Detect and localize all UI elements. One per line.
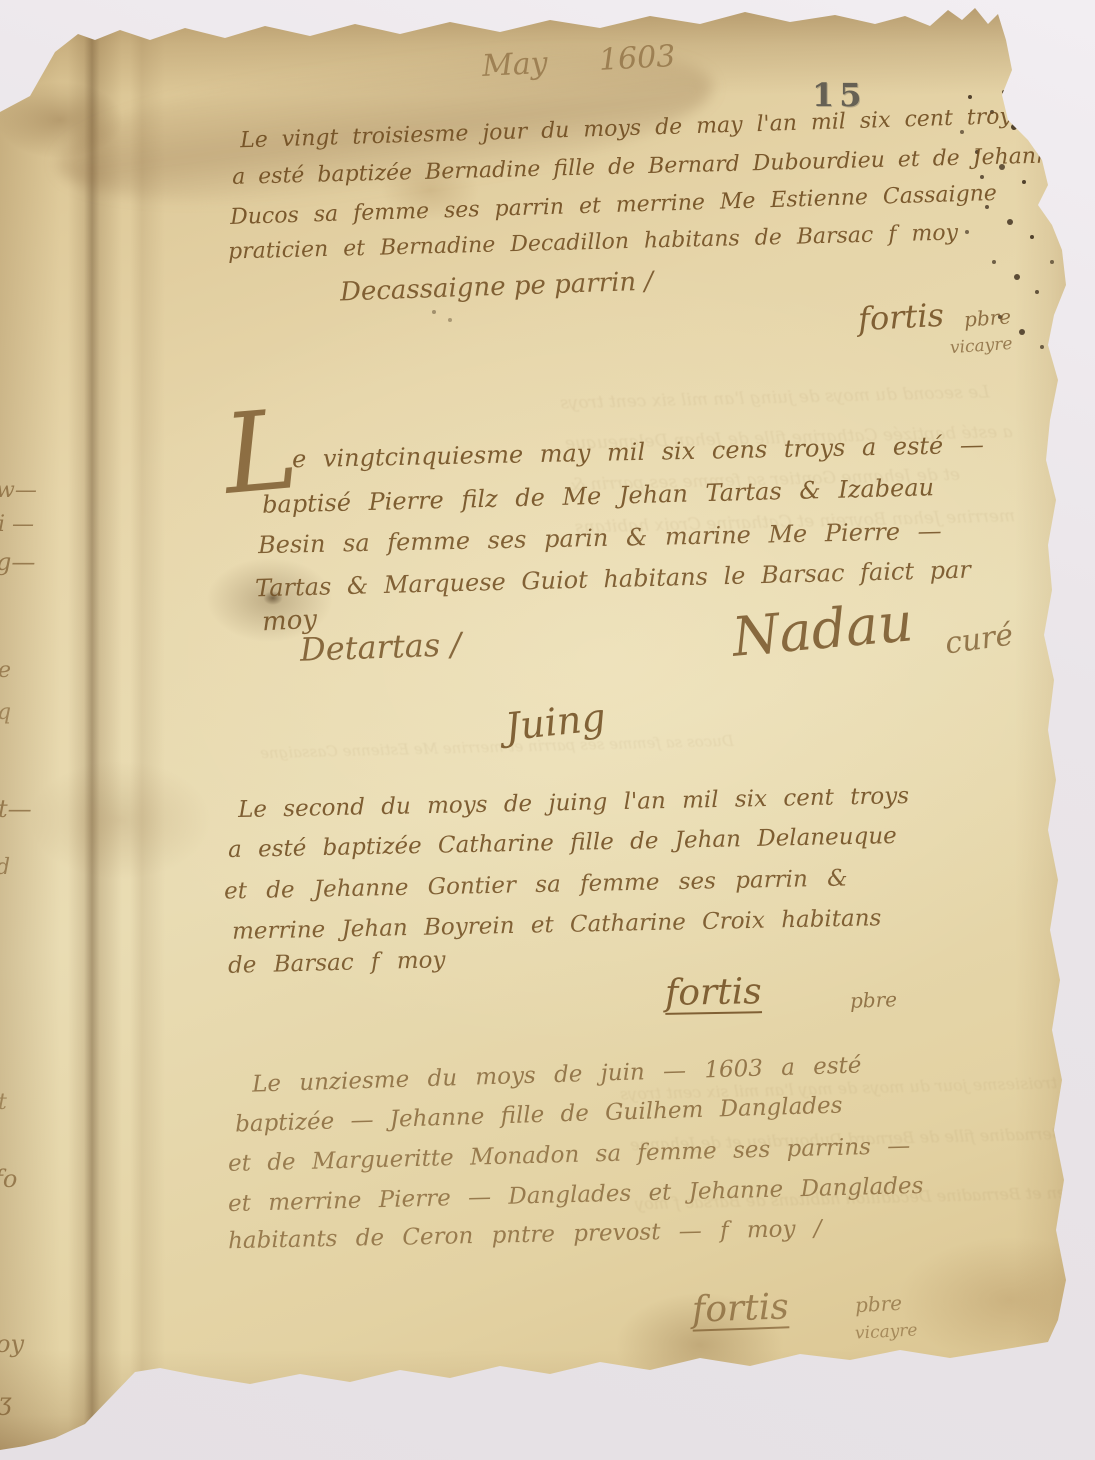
entry-line: habitants de Ceron pntre prevost — f moy… — [228, 1216, 822, 1254]
margin-fragment: t— — [0, 795, 32, 823]
photo-of-register-page: May 1603 15 Le second du moys de juing l… — [0, 0, 1095, 1460]
entry-line: merrine Jehan Boyrein et Catharine Croix… — [232, 905, 882, 945]
signature-fortis: fortis — [691, 1286, 789, 1330]
manuscript-paper: May 1603 15 Le second du moys de juing l… — [0, 0, 1095, 1460]
entry-line: de Barsac f moy — [228, 947, 446, 979]
margin-fragment: t — [0, 1090, 7, 1115]
signature-fortis-title: pbre — [963, 304, 1012, 331]
signature-fortis: fortis — [857, 296, 945, 338]
signature-nadau: Nadau — [730, 590, 916, 669]
margin-fragment: fo — [0, 1165, 17, 1193]
bleedthrough-text: Ducos sa femme ses parrin et merrine Me … — [260, 732, 734, 762]
signature-fortis-title2: vicayre — [855, 1320, 918, 1343]
entry-line: a esté baptizée Catharine fille de Jehan… — [228, 823, 897, 863]
signature-decassaigne: Decassaigne pe parrin / — [340, 267, 654, 308]
bleedthrough-text: Le second du moys de juing l'an mil six … — [560, 382, 990, 413]
signature-fortis-title: pbre — [850, 987, 898, 1013]
entry-line: Besin sa femme ses parin & marine Me Pie… — [258, 517, 942, 559]
entry-line: et de Jehanne Gontier sa femme ses parri… — [224, 865, 848, 904]
entry-line: et merrine Pierre — Danglades et Jehanne… — [228, 1173, 924, 1217]
margin-fragment: w— — [0, 478, 37, 503]
entry-line: Le second du moys de juing l'an mil six … — [238, 783, 910, 823]
margin-fragment: ʒ — [0, 1388, 12, 1416]
margin-fragment: q — [0, 700, 11, 725]
margin-fragment: e — [0, 658, 11, 683]
signature-fortis-title: pbre — [854, 1291, 902, 1317]
entry-line: et de Margueritte Monadon sa femme ses p… — [228, 1133, 911, 1177]
margin-fragment: g— — [0, 548, 35, 576]
entry-line: praticien et Bernadine Decadillon habita… — [228, 220, 958, 264]
signature-fortis: fortis — [665, 971, 762, 1014]
signature-fortis-title2: vicayre — [949, 334, 1013, 358]
entry-line: baptizée — Jehanne fille de Guilhem Dang… — [235, 1092, 843, 1137]
margin-fragment: d — [0, 855, 10, 880]
ink-speckles — [0, 0, 4, 4]
signature-nadau-title: curé — [943, 617, 1015, 661]
margin-fragment: oy — [0, 1330, 24, 1358]
signature-detartas: Detartas / — [299, 625, 461, 669]
margin-fragment: i — — [0, 512, 34, 537]
